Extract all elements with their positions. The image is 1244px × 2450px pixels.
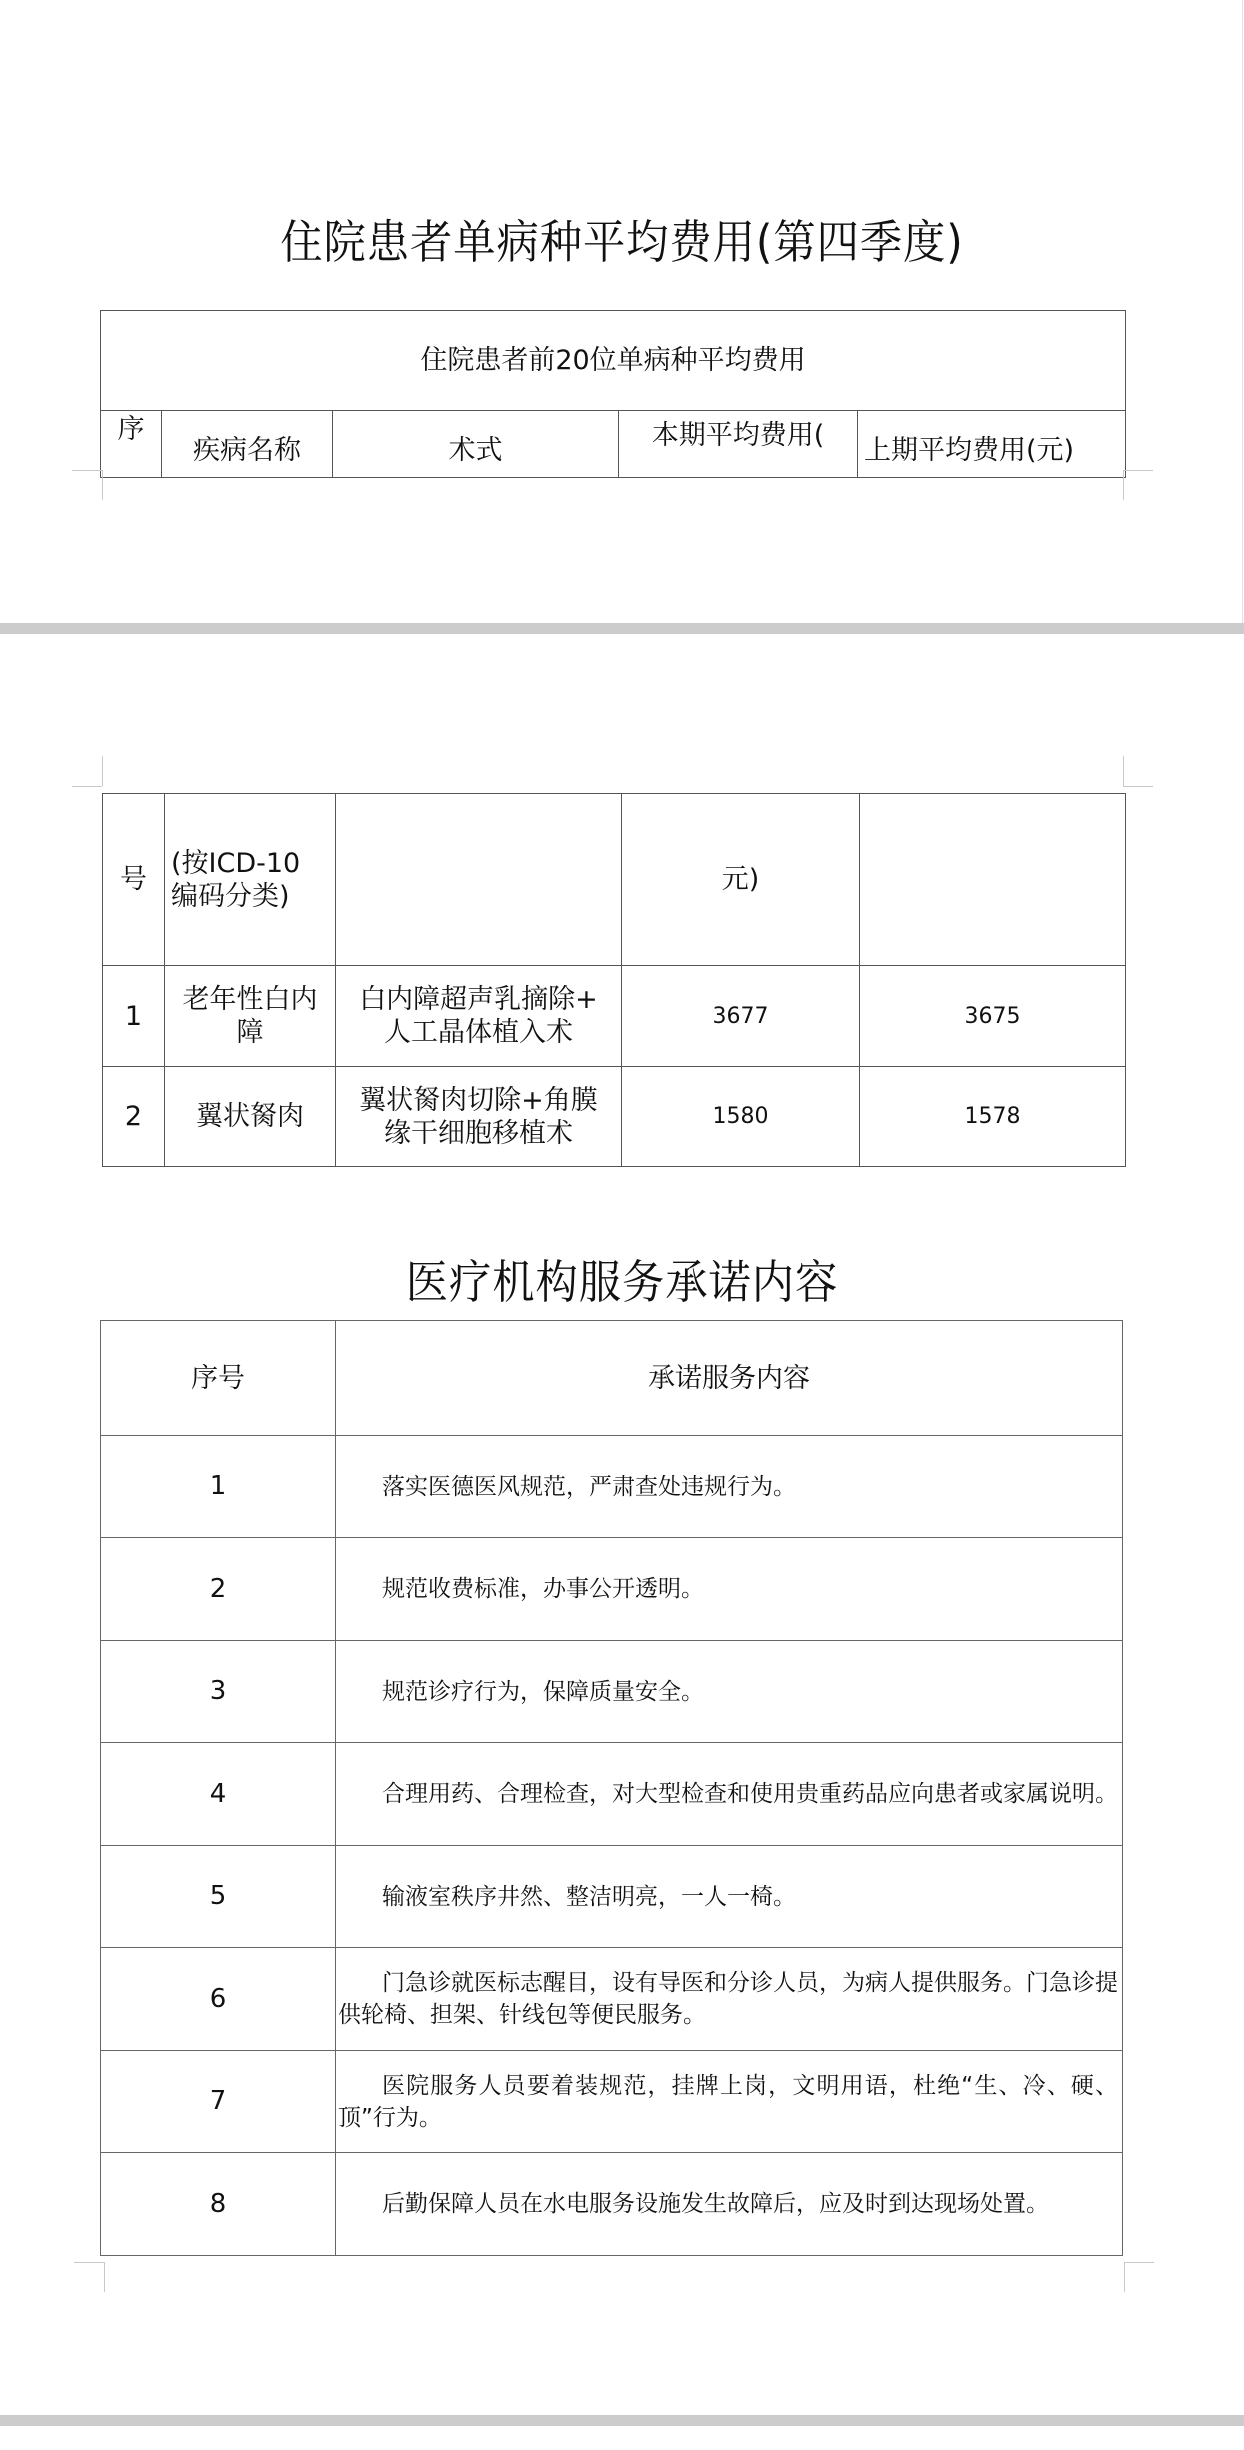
margin-corner-mark [1123, 470, 1153, 471]
header-current-avg-part1: 本期平均费用( [619, 411, 858, 478]
row-content: 后勤保障人员在水电服务设施发生故障后，应及时到达现场处置。 [336, 2153, 1123, 2256]
row-seq: 1 [103, 966, 165, 1067]
table-row: 6 门急诊就医标志醒目，设有导医和分诊人员，为病人提供服务。门急诊提供轮椅、担架… [101, 1948, 1123, 2051]
margin-corner-mark [1124, 2262, 1125, 2292]
page-2: 号 (按ICD-10 编码分类) 元) 1 老年性白内 障 白内障超声乳摘除+ … [0, 634, 1244, 2415]
header-procedure: 术式 [333, 411, 619, 478]
row-content: 规范收费标准，办事公开透明。 [336, 1538, 1123, 1641]
table-row: 2 规范收费标准，办事公开透明。 [101, 1538, 1123, 1641]
margin-corner-mark [72, 470, 102, 471]
header-disease-name-line2: 编码分类) [171, 880, 335, 913]
table-row: 1 老年性白内 障 白内障超声乳摘除+ 人工晶体植入术 3677 3675 [103, 966, 1126, 1067]
row-content: 规范诊疗行为，保障质量安全。 [336, 1641, 1123, 1743]
row-procedure: 翼状胬肉切除+角膜 缘干细胞移植术 [336, 1067, 622, 1167]
margin-corner-mark [102, 470, 103, 500]
row-procedure-line1: 翼状胬肉切除+角膜 [336, 1084, 621, 1117]
header-disease-name: 疾病名称 [162, 411, 333, 478]
row-current-avg: 3677 [622, 966, 860, 1067]
row-content: 输液室秩序井然、整洁明亮，一人一椅。 [336, 1846, 1123, 1948]
row-seq: 8 [101, 2153, 336, 2256]
row-procedure-line1: 白内障超声乳摘除+ [336, 983, 621, 1016]
row-disease-line1: 老年性白内 [165, 983, 335, 1016]
header-disease-name-part2: (按ICD-10 编码分类) [165, 794, 336, 966]
header-current-avg-part2: 元) [622, 794, 860, 966]
margin-corner-mark [1123, 786, 1153, 787]
row-seq: 2 [101, 1538, 336, 1641]
table-row: 5 输液室秩序井然、整洁明亮，一人一椅。 [101, 1846, 1123, 1948]
row-seq: 7 [101, 2051, 336, 2153]
row-seq: 3 [101, 1641, 336, 1743]
service-commitment-table: 序号 承诺服务内容 1 落实医德医风规范，严肃查处违规行为。 2 规范收费标准，… [100, 1320, 1123, 2256]
row-previous-avg: 1578 [860, 1067, 1126, 1167]
row-procedure: 白内障超声乳摘除+ 人工晶体植入术 [336, 966, 622, 1067]
row-previous-avg: 3675 [860, 966, 1126, 1067]
header-previous-avg-part2 [860, 794, 1126, 966]
page-1: 住院患者单病种平均费用(第四季度) 住院患者前20位单病种平均费用 序 疾病名称… [0, 0, 1244, 623]
section-title-service-commitments: 医疗机构服务承诺内容 [50, 1256, 1194, 1308]
table-header-row: 序号 承诺服务内容 [101, 1321, 1123, 1436]
table-row: 8 后勤保障人员在水电服务设施发生故障后，应及时到达现场处置。 [101, 2153, 1123, 2256]
header-seq-part2: 号 [103, 794, 165, 966]
row-disease-line1: 翼状胬肉 [165, 1100, 335, 1133]
row-seq: 5 [101, 1846, 336, 1948]
row-seq: 6 [101, 1948, 336, 2051]
table-caption: 住院患者前20位单病种平均费用 [101, 311, 1126, 411]
margin-corner-mark [72, 786, 102, 787]
table-row: 4 合理用药、合理检查，对大型检查和使用贵重药品应向患者或家属说明。 [101, 1743, 1123, 1846]
table-header-continuation-row: 号 (按ICD-10 编码分类) 元) [103, 794, 1126, 966]
table-row: 3 规范诊疗行为，保障质量安全。 [101, 1641, 1123, 1743]
margin-corner-mark [1123, 756, 1124, 786]
row-seq: 4 [101, 1743, 336, 1846]
row-disease: 老年性白内 障 [165, 966, 336, 1067]
row-seq: 2 [103, 1067, 165, 1167]
row-procedure-line2: 缘干细胞移植术 [336, 1117, 621, 1150]
row-content: 落实医德医风规范，严肃查处违规行为。 [336, 1436, 1123, 1538]
row-procedure-line2: 人工晶体植入术 [336, 1016, 621, 1049]
page-gap [0, 623, 1244, 634]
table-row: 1 落实医德医风规范，严肃查处违规行为。 [101, 1436, 1123, 1538]
page-edge [1242, 0, 1243, 623]
header-seq: 序号 [101, 1321, 336, 1436]
table-row: 2 翼状胬肉 翼状胬肉切除+角膜 缘干细胞移植术 1580 1578 [103, 1067, 1126, 1167]
page-gap [0, 2415, 1244, 2426]
margin-corner-mark [1124, 2262, 1154, 2263]
table-row: 7 医院服务人员要着装规范，挂牌上岗，文明用语，杜绝“生、冷、硬、顶”行为。 [101, 2051, 1123, 2153]
row-content: 医院服务人员要着装规范，挂牌上岗，文明用语，杜绝“生、冷、硬、顶”行为。 [336, 2051, 1123, 2153]
header-disease-name-line1: (按ICD-10 [171, 847, 335, 880]
single-disease-cost-table-header: 住院患者前20位单病种平均费用 序 疾病名称 术式 本期平均费用( 上期平均费用… [100, 310, 1126, 478]
header-seq-part1: 序 [101, 411, 162, 478]
page-title-single-disease-costs: 住院患者单病种平均费用(第四季度) [50, 216, 1194, 268]
row-current-avg: 1580 [622, 1067, 860, 1167]
header-previous-avg: 上期平均费用(元) [858, 411, 1126, 478]
margin-corner-mark [1123, 470, 1124, 500]
header-content: 承诺服务内容 [336, 1321, 1123, 1436]
row-content: 门急诊就医标志醒目，设有导医和分诊人员，为病人提供服务。门急诊提供轮椅、担架、针… [336, 1948, 1123, 2051]
row-disease-line2: 障 [165, 1016, 335, 1049]
row-seq: 1 [101, 1436, 336, 1538]
margin-corner-mark [104, 2262, 105, 2292]
row-disease: 翼状胬肉 [165, 1067, 336, 1167]
margin-corner-mark [102, 756, 103, 786]
margin-corner-mark [74, 2262, 104, 2263]
single-disease-cost-table: 号 (按ICD-10 编码分类) 元) 1 老年性白内 障 白内障超声乳摘除+ … [102, 793, 1126, 1167]
row-content: 合理用药、合理检查，对大型检查和使用贵重药品应向患者或家属说明。 [336, 1743, 1123, 1846]
header-procedure-part2 [336, 794, 622, 966]
